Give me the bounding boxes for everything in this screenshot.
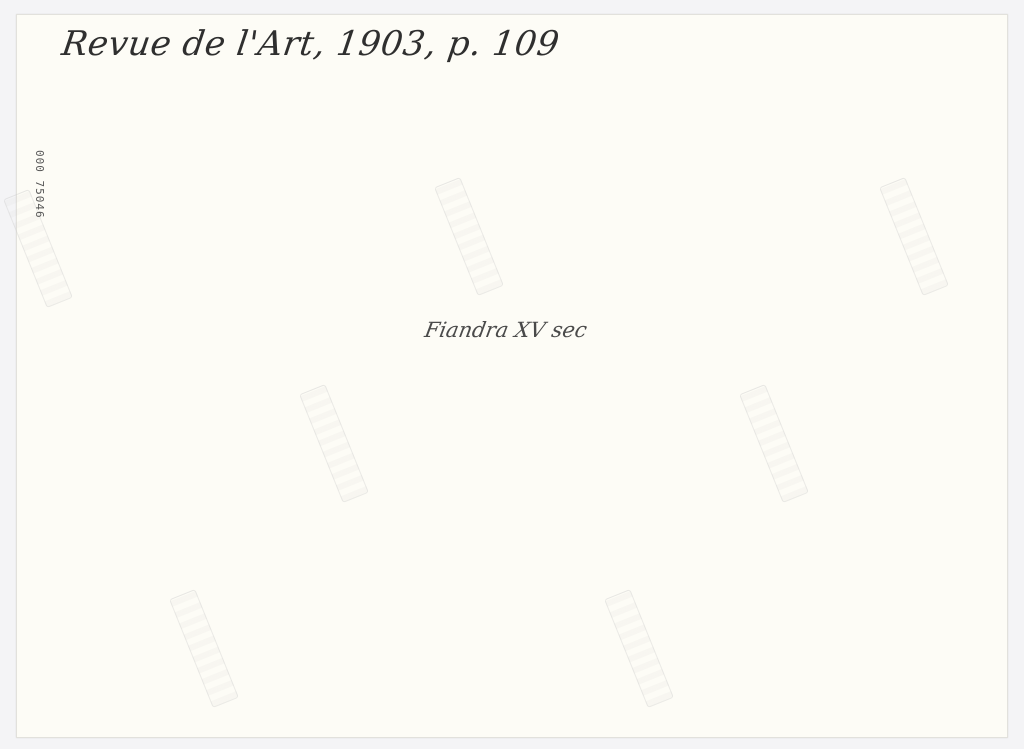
handwritten-reference: Revue de l'Art, 1903, p. 109 [59, 24, 562, 64]
inventory-number: 000 75046 [33, 150, 46, 219]
photo-verso-paper [16, 14, 1008, 738]
handwritten-note: Fiandra XV sec [423, 318, 589, 342]
